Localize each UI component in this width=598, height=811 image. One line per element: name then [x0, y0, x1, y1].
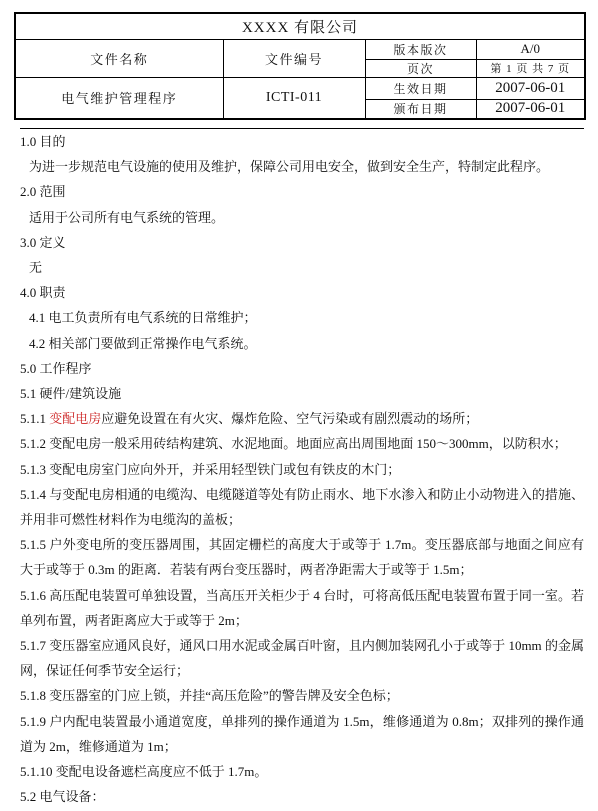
text-segment: 5.1.1 — [20, 411, 49, 426]
text-segment: 5.1.6 高压配电装置可单独设置，当高压开关柜少于 4 台时，可将高低压配电装… — [20, 588, 584, 628]
paragraph-4-0-title: 4.0 职责 — [20, 280, 584, 305]
text-segment: 5.1.7 变压器室应通风良好，通风口用水泥或金属百叶窗，且内侧加装网孔小于或等… — [20, 638, 584, 678]
paragraph-5-1-10: 5.1.10 变配电设备遮栏高度应不低于 1.7m。 — [20, 759, 584, 784]
paragraph-1-0-title: 1.0 目的 — [20, 129, 584, 154]
text-segment: 应避免设置在有火灾、爆炸危险、空气污染或有剧烈震动的场所； — [101, 411, 478, 426]
page-no-value: 第 1 页 共 7 页 — [476, 59, 585, 77]
issue-date-value: 2007-06-01 — [476, 99, 585, 119]
text-segment: 3.0 定义 — [20, 235, 66, 250]
text-segment: 5.1.4 与变配电房相通的电缆沟、电缆隧道等处有防止雨水、地下水渗入和防止小动… — [20, 487, 584, 527]
text-segment: 5.1.9 户内配电装置最小通道宽度，单排列的操作通道为 1.5m，维修通道为 … — [20, 714, 584, 754]
paragraph-5-1: 5.1 硬件/建筑设施 — [20, 381, 584, 406]
doc-number-value: ICTI-011 — [223, 77, 365, 119]
paragraph-2-0-body: 适用于公司所有电气系统的管理。 — [20, 205, 584, 230]
paragraph-4-1: 4.1 电工负责所有电气系统的日常维护； — [20, 305, 584, 330]
text-segment: 适用于公司所有电气系统的管理。 — [29, 210, 224, 225]
text-segment: 4.2 相关部门要做到正常操作电气系统。 — [29, 336, 257, 351]
paragraph-4-2: 4.2 相关部门要做到正常操作电气系统。 — [20, 331, 584, 356]
company-name: XXXX 有限公司 — [15, 13, 585, 39]
doc-name-label: 文件名称 — [15, 39, 223, 77]
paragraph-3-0-body: 无 — [20, 255, 584, 280]
document-header-table: XXXX 有限公司 文件名称 文件编号 版本版次 A/0 页次 第 1 页 共 … — [14, 12, 586, 120]
text-segment: 为进一步规范电气设施的使用及维护，保障公司用电安全，做到安全生产，特制定此程序。 — [29, 159, 549, 174]
text-segment: 5.0 工作程序 — [20, 361, 92, 376]
version-value: A/0 — [476, 39, 585, 59]
text-segment: 1.0 目的 — [20, 134, 66, 149]
version-label: 版本版次 — [365, 39, 476, 59]
paragraph-5-1-9: 5.1.9 户内配电装置最小通道宽度，单排列的操作通道为 1.5m，维修通道为 … — [20, 709, 584, 759]
paragraph-5-1-2: 5.1.2 变配电房一般采用砖结构建筑、水泥地面。地面应高出周围地面 150～3… — [20, 431, 584, 456]
effective-date-value: 2007-06-01 — [476, 77, 585, 99]
effective-date-label: 生效日期 — [365, 77, 476, 99]
paragraph-5-1-4: 5.1.4 与变配电房相通的电缆沟、电缆隧道等处有防止雨水、地下水渗入和防止小动… — [20, 482, 584, 532]
text-segment: 无 — [29, 260, 42, 275]
document-body: 1.0 目的为进一步规范电气设施的使用及维护，保障公司用电安全，做到安全生产，特… — [20, 129, 584, 809]
text-segment: 2.0 范围 — [20, 184, 66, 199]
paragraph-5-2: 5.2 电气设备： — [20, 784, 584, 809]
paragraph-5-0-title: 5.0 工作程序 — [20, 356, 584, 381]
text-segment: 5.1.10 变配电设备遮栏高度应不低于 1.7m。 — [20, 764, 267, 779]
doc-name-value: 电气维护管理程序 — [15, 77, 223, 119]
page-no-label: 页次 — [365, 59, 476, 77]
paragraph-1-0-body: 为进一步规范电气设施的使用及维护，保障公司用电安全，做到安全生产，特制定此程序。 — [20, 154, 584, 179]
text-segment: 5.1.5 户外变电所的变压器周围，其固定栅栏的高度大于或等于 1.7m。变压器… — [20, 537, 584, 577]
paragraph-5-1-7: 5.1.7 变压器室应通风良好，通风口用水泥或金属百叶窗，且内侧加装网孔小于或等… — [20, 633, 584, 683]
text-segment: 5.1 硬件/建筑设施 — [20, 386, 121, 401]
paragraph-5-1-5: 5.1.5 户外变电所的变压器周围，其固定栅栏的高度大于或等于 1.7m。变压器… — [20, 532, 584, 582]
document-page: XXXX 有限公司 文件名称 文件编号 版本版次 A/0 页次 第 1 页 共 … — [0, 0, 598, 811]
paragraph-5-1-3: 5.1.3 变配电房室门应向外开，并采用轻型铁门或包有铁皮的木门； — [20, 457, 584, 482]
text-segment: 5.1.8 变压器室的门应上锁，并挂“高压危险”的警告牌及安全色标； — [20, 688, 399, 703]
paragraph-5-1-6: 5.1.6 高压配电装置可单独设置，当高压开关柜少于 4 台时，可将高低压配电装… — [20, 583, 584, 633]
text-segment: 5.1.2 变配电房一般采用砖结构建筑、水泥地面。地面应高出周围地面 150～3… — [20, 436, 567, 451]
text-segment: 4.1 电工负责所有电气系统的日常维护； — [29, 310, 257, 325]
paragraph-3-0-title: 3.0 定义 — [20, 230, 584, 255]
text-segment: 5.2 电气设备： — [20, 789, 105, 804]
doc-number-label: 文件编号 — [223, 39, 365, 77]
text-segment: 5.1.3 变配电房室门应向外开，并采用轻型铁门或包有铁皮的木门； — [20, 462, 400, 477]
paragraph-5-1-1: 5.1.1 变配电房应避免设置在有火灾、爆炸危险、空气污染或有剧烈震动的场所； — [20, 406, 584, 431]
paragraph-5-1-8: 5.1.8 变压器室的门应上锁，并挂“高压危险”的警告牌及安全色标； — [20, 683, 584, 708]
issue-date-label: 颁布日期 — [365, 99, 476, 119]
text-segment: 4.0 职责 — [20, 285, 66, 300]
highlighted-term: 变配电房 — [49, 411, 101, 426]
paragraph-2-0-title: 2.0 范围 — [20, 179, 584, 204]
